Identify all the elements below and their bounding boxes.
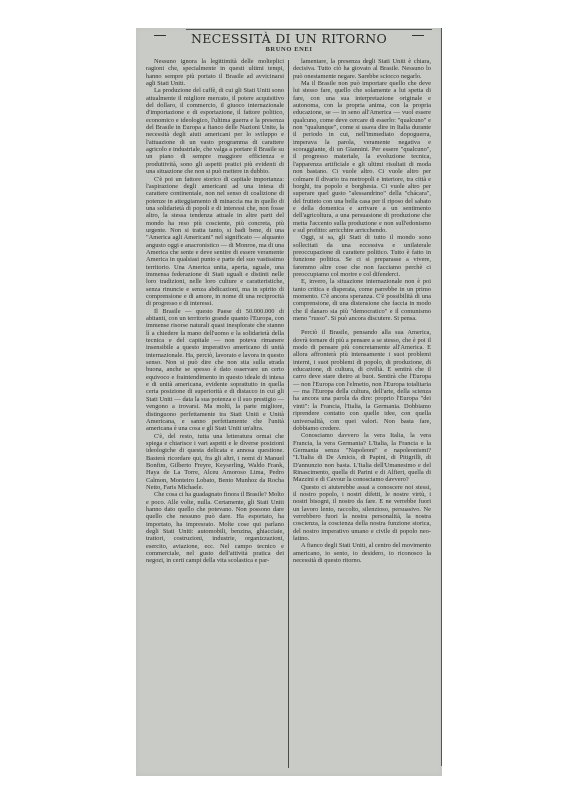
paragraph: Nessuno ignora la legittimità delle molt… <box>146 58 284 87</box>
article-author: BRUNO ENEI <box>136 46 442 53</box>
paragraph: Oggi, si sa, gli Stati di tutto il mondo… <box>293 234 431 278</box>
right-column: lamentare, la presenza degli Stati Uniti… <box>289 58 435 768</box>
paragraph: lamentare, la presenza degli Stati Uniti… <box>293 58 431 80</box>
article-title: NECESSITÀ DI UN RITORNO <box>136 31 442 46</box>
title-dash-right <box>412 35 424 36</box>
paragraph: Questo ci aiuterebbe assai a conoscere n… <box>293 484 431 543</box>
paragraph: Conosciamo davvero la vera Italia, la ve… <box>293 432 431 483</box>
article-body: Nessuno ignora la legittimità delle molt… <box>142 58 438 768</box>
paragraph: C'è poi un fattore storico di capitale i… <box>146 176 284 308</box>
paragraph: E, invero, la situazione internazionale … <box>293 278 431 322</box>
right-border-rule <box>441 28 442 766</box>
article-header: NECESSITÀ DI UN RITORNO BRUNO ENEI <box>136 28 442 58</box>
paragraph: Ma il Brasile non può importare quello c… <box>293 80 431 234</box>
paragraph: La produzione del caffè, di cui gli Stat… <box>146 87 284 175</box>
paragraph: Perciò il Brasile, pensando alla sua Ame… <box>293 329 431 432</box>
paragraph: Il Brasile — questo Paese di 50.000.000 … <box>146 308 284 433</box>
newspaper-clipping: NECESSITÀ DI UN RITORNO BRUNO ENEI Nessu… <box>136 28 442 776</box>
paragraph: Che cosa ci ha guadagnato finora il Bras… <box>146 491 284 564</box>
left-column: Nessuno ignora la legittimità delle molt… <box>142 58 288 768</box>
paragraph: A fianco degli Stati Uniti, al centro de… <box>293 542 431 564</box>
paragraph: C'è, del resto, tutta una letteratura or… <box>146 433 284 492</box>
